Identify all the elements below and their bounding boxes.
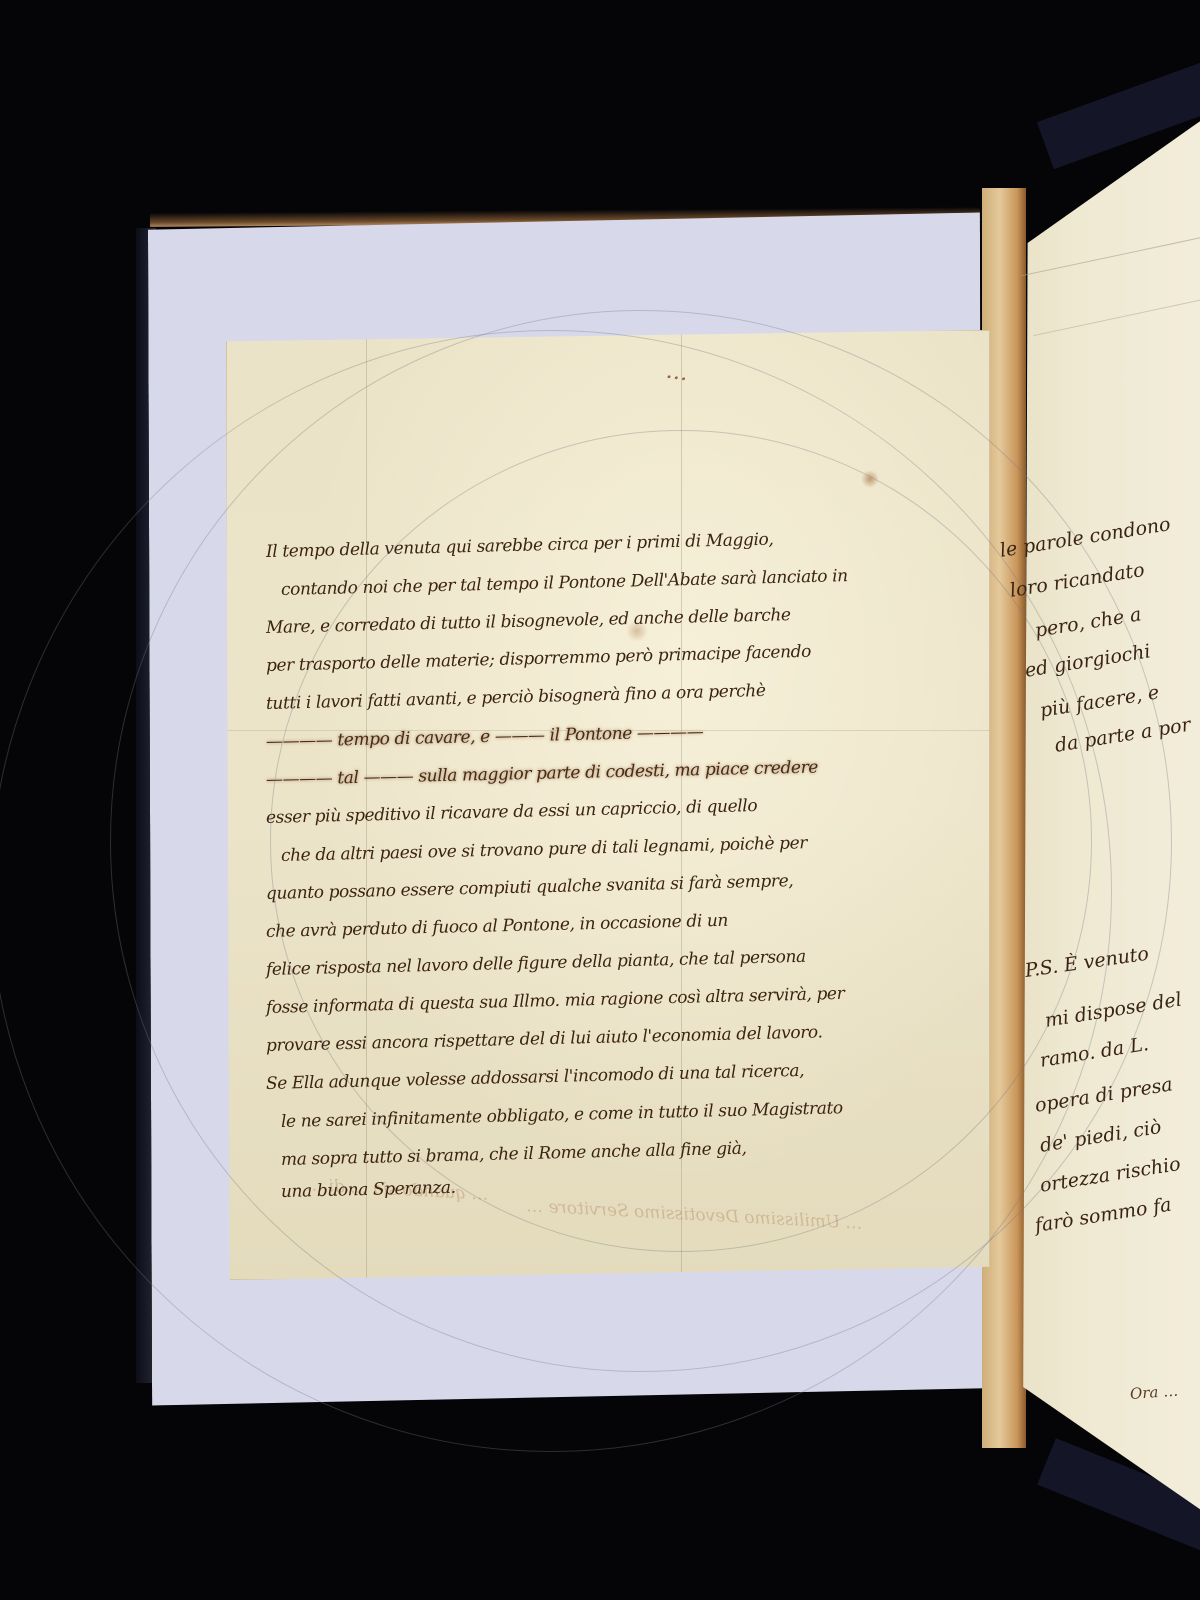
letter-line: una buona Speranza. — [281, 1178, 456, 1202]
letter-line-struck: ———— tempo di cavare, e ——— il Pontone —… — [266, 722, 704, 752]
docket-note: … — [664, 359, 689, 387]
letter-line: provare essi ancora rispettare del di lu… — [266, 1022, 823, 1056]
letter-line: quanto possano essere compiuti qualche s… — [266, 871, 794, 904]
photo-scene: le parole condono loro ricandato pero, c… — [0, 0, 1200, 1600]
bleed-through-text: … Umilissimo Devotissimo Servitore … — [526, 1196, 863, 1234]
ink-stain — [861, 470, 879, 488]
letter-line: Il tempo della venuta qui sarebbe circa … — [266, 530, 774, 562]
letter-line: ma sopra tutto si brama, che il Rome anc… — [281, 1139, 747, 1170]
letter-line: che avrà perduto di fuoco al Pontone, in… — [266, 911, 728, 942]
letter-line: esser più speditivo il ricavare da essi … — [266, 796, 758, 828]
letter-line: Mare, e corredato di tutto il bisognevol… — [266, 605, 791, 638]
letter-line: tutti i lavori fatti avanti, e perciò bi… — [266, 681, 766, 714]
letter-line: per trasporto delle materie; disporremmo… — [266, 642, 811, 676]
letter-line: Se Ella adunque volesse addossarsi l'inc… — [266, 1061, 805, 1094]
letter-line: felice risposta nel lavoro delle figure … — [266, 947, 806, 980]
letter-page: … … quando sia … di … … Umilissimo Devot… — [226, 330, 990, 1280]
letter-line: che da altri paesi ove si trovano pure d… — [281, 833, 807, 866]
letter-line: fosse informata di questa sua Illmo. mia… — [266, 984, 845, 1018]
letter-line-struck: ———— tal ——— sulla maggior parte di code… — [266, 757, 818, 790]
facing-bottom-fragment: Ora … — [1129, 1382, 1178, 1403]
